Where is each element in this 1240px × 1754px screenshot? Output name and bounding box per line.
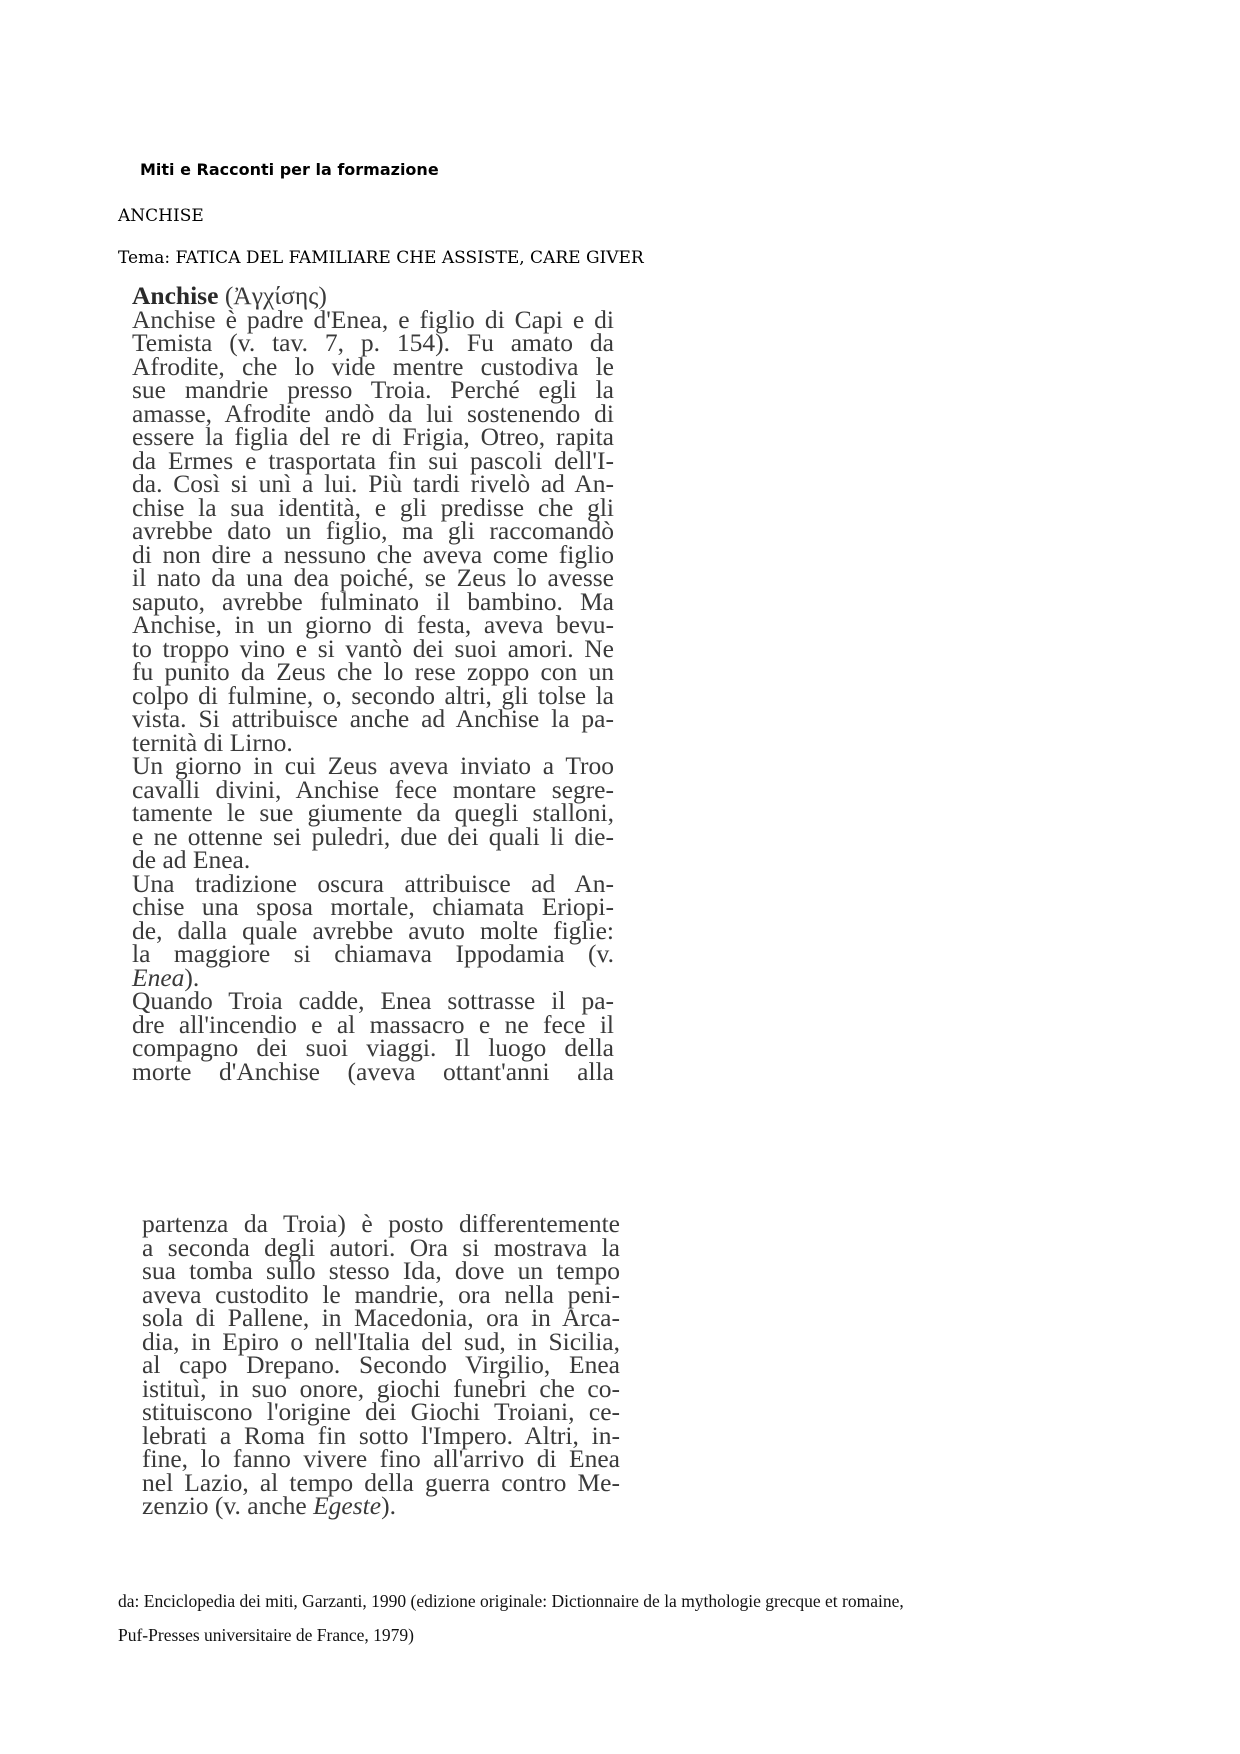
entry-text-line: tamente le sue giumente da quegli stallo… (132, 801, 614, 825)
source-citation-line-2: Puf-Presses universitaire de France, 197… (118, 1618, 1138, 1652)
theme-line: Tema: FATICA DEL FAMILIARE CHE ASSISTE, … (118, 248, 644, 268)
encyclopedia-scan-block-2: partenza da Troia) è posto differentemen… (142, 1212, 620, 1518)
source-citation: da: Enciclopedia dei miti, Garzanti, 199… (118, 1584, 1138, 1652)
source-citation-line-1: da: Enciclopedia dei miti, Garzanti, 199… (118, 1584, 1138, 1618)
entry-text-line: da. Così si unì a lui. Più tardi rivelò … (132, 472, 614, 496)
subject-heading: ANCHISE (118, 206, 204, 226)
entry-text-line: stituiscono l'origine dei Giochi Troiani… (142, 1400, 620, 1424)
entry-text-line: Temista (v. tav. 7, p. 154). Fu amato da (132, 331, 614, 355)
entry-text-line: vista. Si attribuisce anche ad Anchise l… (132, 707, 614, 731)
entry-headword-line: Anchise (Ἀγχίσης) (132, 284, 614, 308)
entry-text-line: morte d'Anchise (aveva ottant'anni alla (132, 1060, 614, 1084)
entry-text-line: partenza da Troia) è posto differentemen… (142, 1212, 620, 1236)
entry-text-line: fine, lo fanno vivere fino all'arrivo di… (142, 1447, 620, 1471)
entry-text-line: avrebbe dato un figlio, ma gli raccomand… (132, 519, 614, 543)
entry-text-line: Un giorno in cui Zeus aveva inviato a Tr… (132, 754, 614, 778)
entry-text-line: fu punito da Zeus che lo rese zoppo con … (132, 660, 614, 684)
entry-text-line: zenzio (v. anche Egeste). (142, 1494, 620, 1518)
entry-text-line: il nato da una dea poiché, se Zeus lo av… (132, 566, 614, 590)
entry-text-line: compagno dei suoi viaggi. Il luogo della (132, 1036, 614, 1060)
series-title: Miti e Racconti per la formazione (140, 160, 439, 179)
entry-text-line: la maggiore si chiamava Ippodamia (v. (132, 942, 614, 966)
entry-text-line: sola di Pallene, in Macedonia, ora in Ar… (142, 1306, 620, 1330)
entry-text-line: sua tomba sullo stesso Ida, dove un temp… (142, 1259, 620, 1283)
entry-text-line: Anchise, in un giorno di festa, aveva be… (132, 613, 614, 637)
entry-text-line: sue mandrie presso Troia. Perché egli la (132, 378, 614, 402)
entry-text-line: Quando Troia cadde, Enea sottrasse il pa… (132, 989, 614, 1013)
entry-text-line: de ad Enea. (132, 848, 614, 872)
encyclopedia-scan-block-1: Anchise (Ἀγχίσης) Anchise è padre d'Enea… (132, 284, 614, 1083)
entry-text-line: essere la figlia del re di Frigia, Otreo… (132, 425, 614, 449)
entry-text-line: al capo Drepano. Secondo Virgilio, Enea (142, 1353, 620, 1377)
entry-text-line: chise una sposa mortale, chiamata Eriopi… (132, 895, 614, 919)
